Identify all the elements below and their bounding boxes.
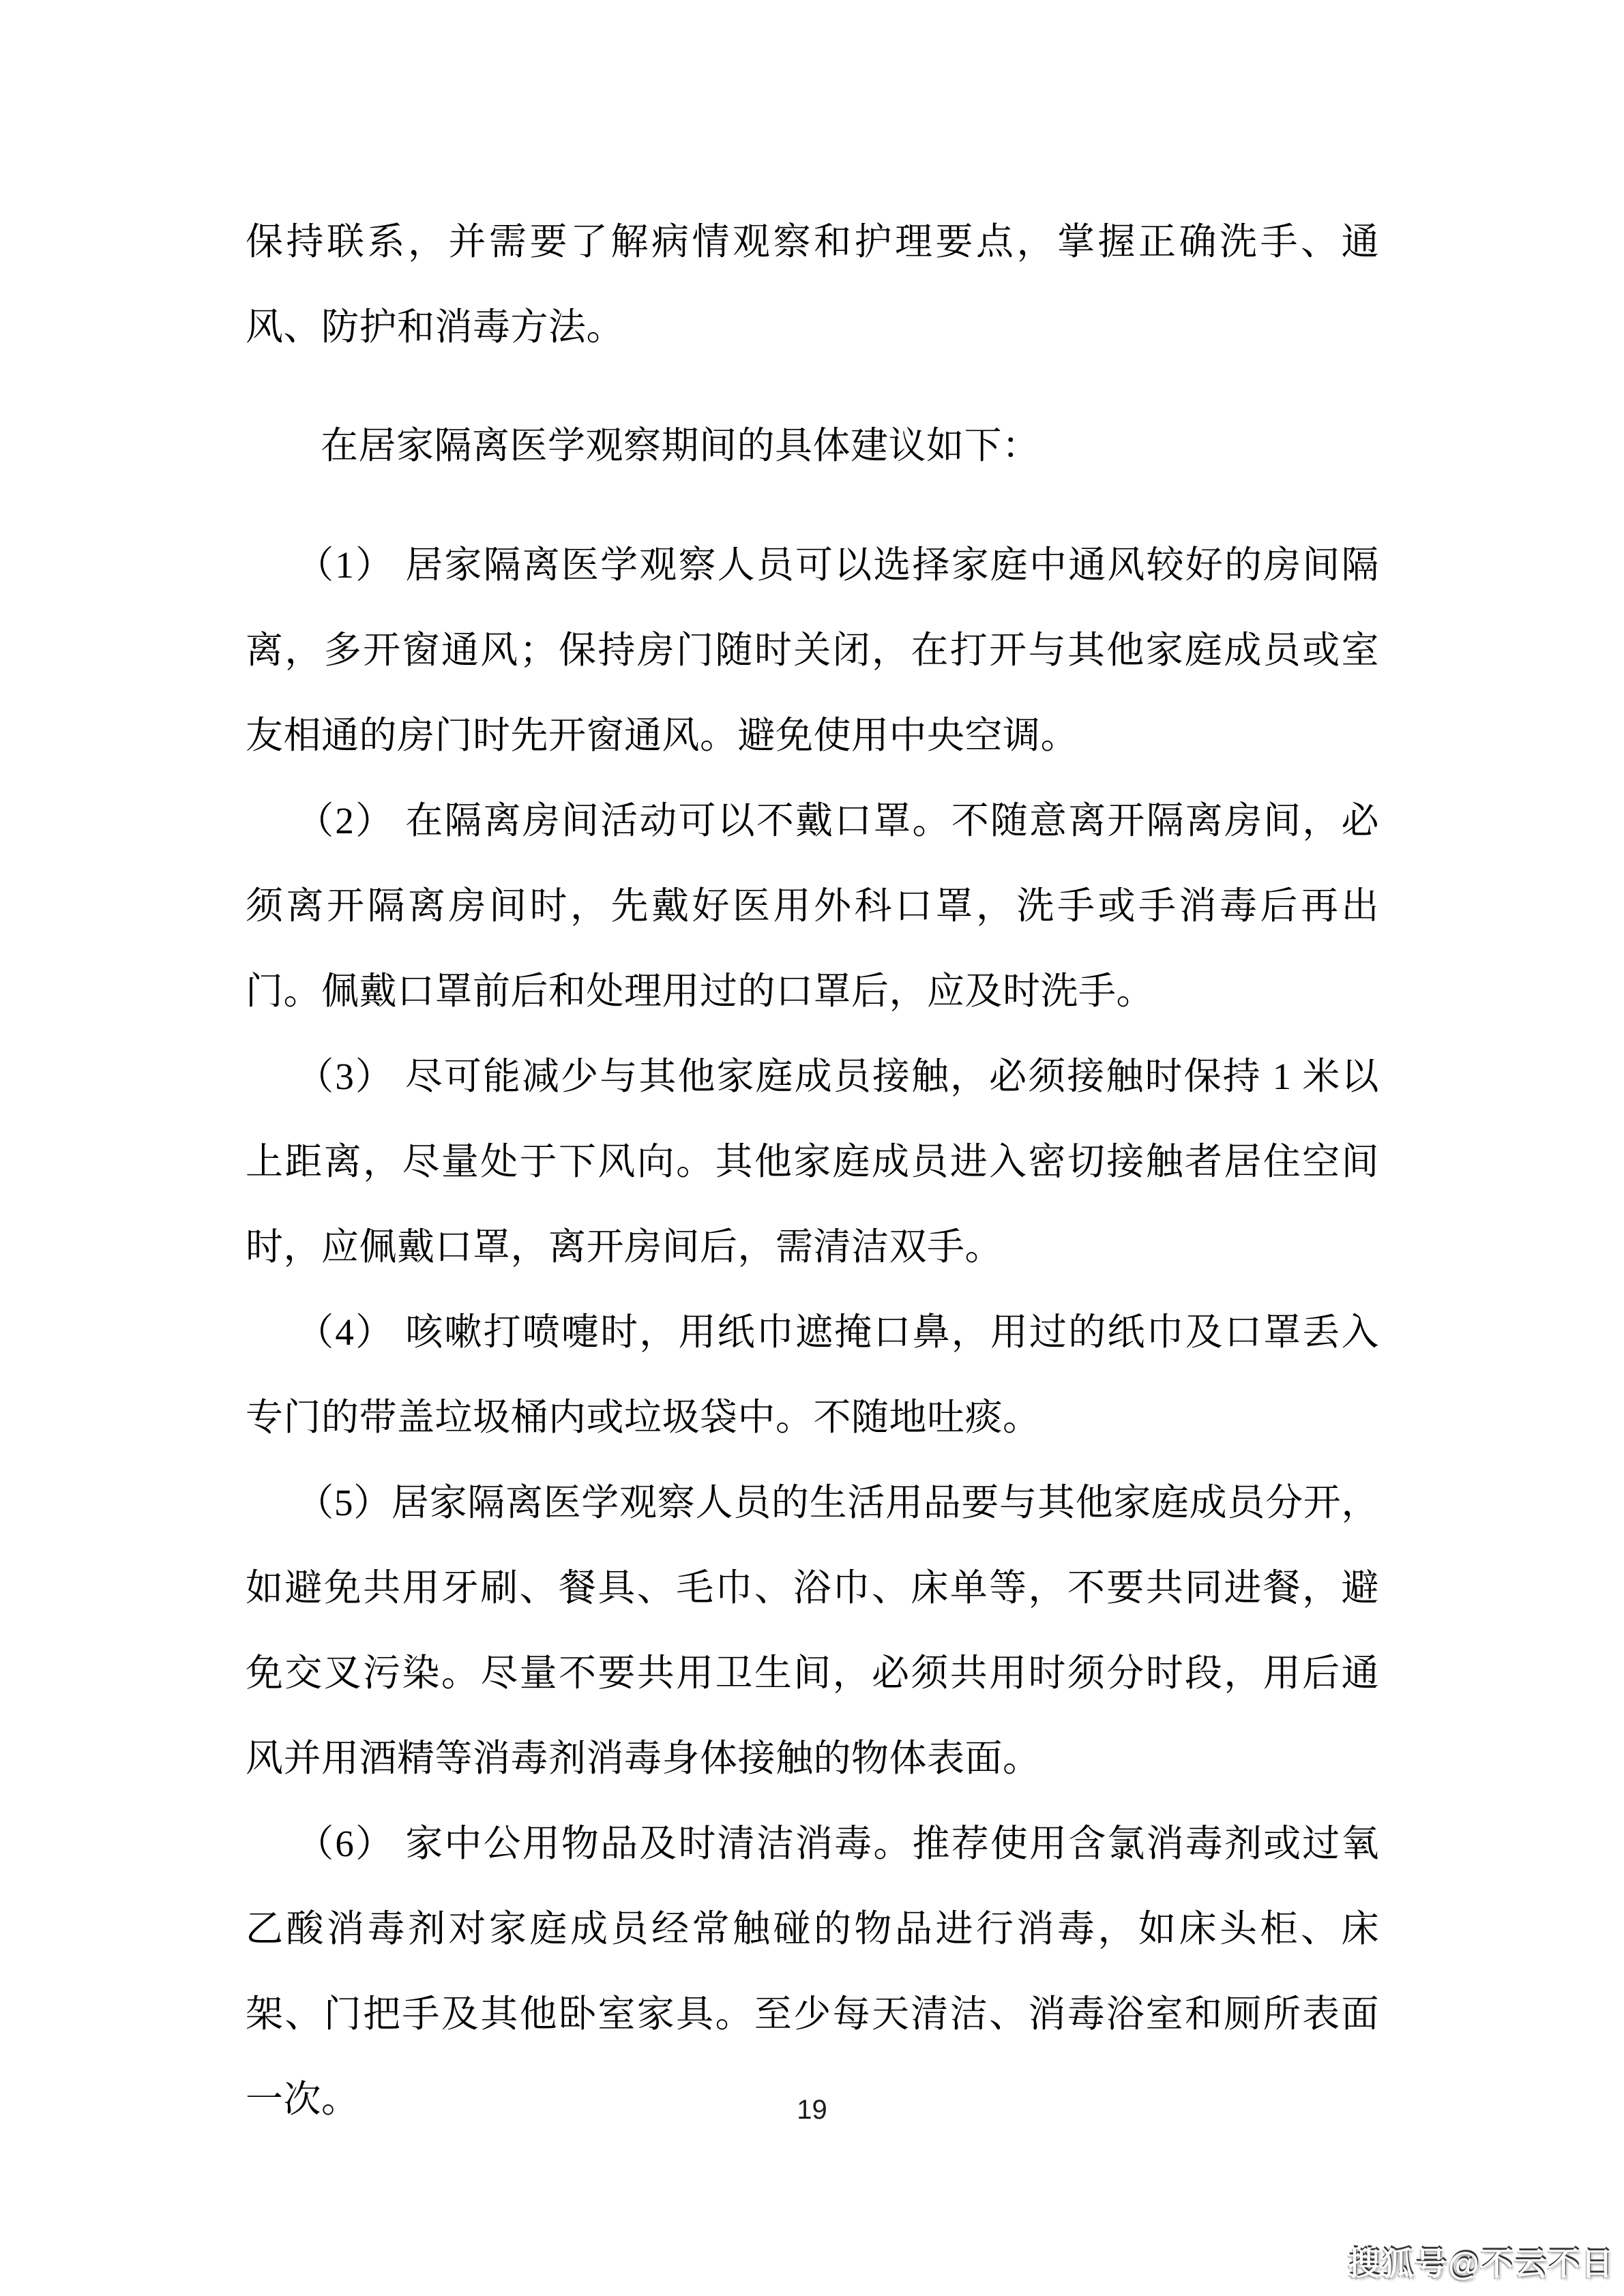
paragraph-continuation: 保持联系，并需要了解病情观察和护理要点，掌握正确洗手、通风、防护和消毒方法。 [246,199,1379,370]
paragraph-item-2: （2） 在隔离房间活动可以不戴口罩。不随意离开隔离房间，必须离开隔离房间时，先戴… [246,778,1379,1034]
paragraph-item-6: （6） 家中公用物品及时清洁消毒。推荐使用含氯消毒剂或过氧乙酸消毒剂对家庭成员经… [246,1801,1379,2142]
watermark: 搜狐号@不云不日 [1348,2239,1614,2284]
body-text: 保持联系，并需要了解病情观察和护理要点，掌握正确洗手、通风、防护和消毒方法。 在… [246,199,1379,2142]
page-number: 19 [0,2093,1624,2126]
paragraph-intro: 在居家隔离医学观察期间的具体建议如下： [246,403,1379,488]
paragraph-item-1: （1） 居家隔离医学观察人员可以选择家庭中通风较好的房间隔离，多开窗通风；保持房… [246,522,1379,778]
paragraph-item-3: （3） 尽可能减少与其他家庭成员接触，必须接触时保持 1 米以上距离，尽量处于下… [246,1034,1379,1289]
paragraph-item-4: （4） 咳嗽打喷嚏时，用纸巾遮掩口鼻，用过的纸巾及口罩丢入专门的带盖垃圾桶内或垃… [246,1289,1379,1460]
paragraph-item-5: （5）居家隔离医学观察人员的生活用品要与其他家庭成员分开，如避免共用牙刷、餐具、… [246,1460,1379,1801]
document-page: 保持联系，并需要了解病情观察和护理要点，掌握正确洗手、通风、防护和消毒方法。 在… [0,0,1624,2296]
